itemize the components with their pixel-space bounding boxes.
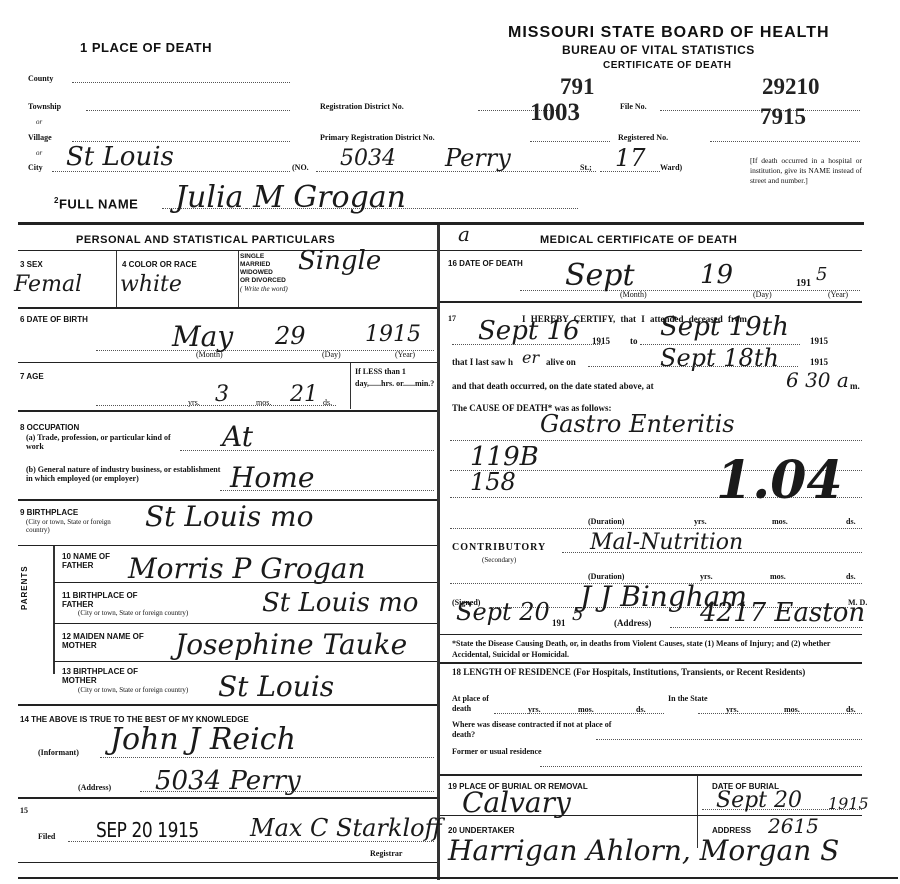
- at-place-mos: mos.: [578, 705, 594, 714]
- mother-maiden-value: Josephine Tauke: [175, 628, 407, 661]
- burial-year-value: 1915: [828, 794, 869, 813]
- dod-year-caption: (Year): [828, 290, 848, 299]
- birthplace-sub: (City or town, State or foreign country): [26, 518, 116, 534]
- color-race-value: white: [120, 272, 182, 297]
- dob-month-value: May: [172, 320, 233, 353]
- dob-day-value: 29: [275, 322, 306, 350]
- file-no-label: File No.: [620, 102, 647, 111]
- row-divider: [18, 862, 437, 863]
- cause-of-death-value: Gastro Enteritis: [540, 410, 735, 438]
- disease-contracted-label: Where was disease contracted if not at p…: [452, 720, 612, 740]
- age-label: 7 AGE: [20, 372, 44, 381]
- father-birthplace-label: 11 BIRTHPLACE OF FATHER: [62, 591, 162, 609]
- date-of-death-label: 16 DATE OF DEATH: [448, 259, 523, 268]
- occupation-b-value: Home: [230, 461, 314, 494]
- cause-line-1[interactable]: [450, 440, 862, 441]
- full-name-label-text: FULL NAME: [59, 196, 138, 211]
- dod-month-value: Sept: [565, 258, 635, 293]
- in-state-mos: mos.: [784, 705, 800, 714]
- dob-year-value: 1915: [365, 322, 421, 347]
- month-caption: (Month): [196, 350, 223, 359]
- cell-divider: [238, 251, 239, 307]
- last-saw-year: 1915: [810, 357, 828, 367]
- dod-year-suffix: 5: [816, 264, 827, 285]
- informant-label: (Informant): [38, 748, 79, 757]
- attended-from-value: Sept 16: [478, 316, 580, 346]
- mos-caption: mos.: [256, 398, 271, 407]
- contributory-label: CONTRIBUTORY: [452, 542, 546, 553]
- cause-footnote: *State the Disease Causing Death, or, in…: [452, 638, 862, 660]
- personal-section-heading: PERSONAL AND STATISTICAL PARTICULARS: [76, 234, 335, 246]
- year-caption: (Year): [395, 350, 415, 359]
- mother-maiden-label: 12 MAIDEN NAME OF MOTHER: [62, 632, 162, 650]
- corner-mark: a: [458, 222, 470, 246]
- duration-mos-2: mos.: [770, 572, 786, 581]
- in-state-field[interactable]: [698, 713, 862, 714]
- less-than-day-label: If LESS than 1 day,......hrs. or......mi…: [355, 366, 435, 390]
- informant-field[interactable]: [100, 757, 434, 758]
- physician-address-label: (Address): [614, 618, 651, 628]
- stamp-number-left: 791: [560, 74, 595, 100]
- registrar-label: Registrar: [370, 849, 402, 858]
- dod-year-prefix: 191: [796, 278, 811, 289]
- informant-address-label: (Address): [78, 783, 111, 792]
- or-text: or: [36, 149, 42, 157]
- township-label: Township: [28, 102, 61, 111]
- or-text: or: [36, 118, 42, 126]
- primary-registration-field[interactable]: [530, 141, 610, 142]
- informant-address-value: 5034 Perry: [155, 766, 301, 796]
- father-name-value: Morris P Grogan: [128, 552, 366, 585]
- parents-divider: [53, 546, 55, 674]
- sex-value: Femal: [14, 272, 82, 297]
- in-state-ds: ds.: [846, 705, 856, 714]
- undertaker-value: Harrigan Ahlorn, Morgan S: [448, 834, 839, 867]
- color-race-label: 4 COLOR OR RACE: [122, 260, 197, 269]
- row-divider: [18, 362, 437, 363]
- file-no-value: 7915: [760, 104, 806, 130]
- county-field[interactable]: [72, 82, 290, 83]
- row-divider: [440, 634, 862, 635]
- occurred-text: and that death occurred, on the date sta…: [452, 381, 654, 391]
- primary-registration-label: Primary Registration District No.: [320, 133, 435, 142]
- dod-day-value: 19: [700, 260, 733, 290]
- contributory-value: Mal-Nutrition: [590, 530, 743, 555]
- age-days-value: 21: [290, 382, 318, 407]
- cause-code-stamp: 1.04: [716, 450, 843, 511]
- signed-year-prefix: 191: [552, 618, 566, 628]
- row-divider: [54, 623, 437, 624]
- street-name-value: Perry: [445, 144, 511, 172]
- marital-note: ( Write the word): [240, 285, 340, 293]
- row-divider: [440, 774, 862, 776]
- registration-district-label: Registration District No.: [320, 102, 404, 111]
- date-of-birth-field[interactable]: [96, 350, 434, 351]
- city-label: City: [28, 163, 43, 172]
- in-state-label: In the State: [668, 694, 712, 704]
- street-number-value: 5034: [340, 146, 396, 171]
- row-divider: [440, 250, 862, 251]
- day-caption: (Day): [322, 350, 341, 359]
- row-divider: [18, 545, 437, 546]
- row-divider: [18, 704, 437, 706]
- former-residence-field[interactable]: [540, 766, 862, 767]
- duration-ds: ds.: [846, 517, 856, 526]
- birthplace-value: St Louis mo: [145, 500, 313, 533]
- from-year: 1915: [592, 336, 610, 346]
- dod-day-caption: (Day): [753, 290, 772, 299]
- signed-date-value: Sept 20: [456, 598, 550, 626]
- duration-yrs: yrs.: [694, 517, 707, 526]
- father-birthplace-value: St Louis mo: [262, 588, 418, 618]
- county-label: County: [28, 74, 53, 83]
- physician-address-value: 4217 Easton: [700, 598, 865, 628]
- registrar-signature: Max C Starkloff: [250, 814, 442, 842]
- signed-year-suffix: 5: [572, 604, 583, 625]
- at-place-yrs: yrs.: [528, 705, 541, 714]
- cell-divider: [350, 363, 351, 409]
- occupation-b-label: (b) General nature of industry business,…: [26, 465, 221, 483]
- alive-on-text: alive on: [546, 357, 576, 367]
- bottom-border: [18, 877, 898, 879]
- place-of-death-heading: 1 PLACE OF DEATH: [80, 40, 212, 55]
- occurred-suffix: m.: [850, 381, 860, 391]
- sex-label: 3 SEX: [20, 260, 43, 269]
- dod-month-caption: (Month): [620, 290, 647, 299]
- duration-line[interactable]: [450, 528, 862, 529]
- cause-code-2: 158: [470, 468, 516, 496]
- row-divider: [18, 410, 437, 412]
- header-divider: [18, 222, 864, 225]
- row-divider: [18, 307, 437, 309]
- full-name-value: Julia M Grogan: [175, 180, 406, 215]
- former-residence-label: Former or usual residence: [452, 747, 542, 757]
- residence-label: 18 LENGTH OF RESIDENCE (For Hospitals, I…: [452, 667, 862, 678]
- ds-caption: ds.: [323, 398, 332, 407]
- certify-number: 17: [448, 314, 456, 323]
- occupation-a-value: At: [222, 420, 253, 453]
- date-of-birth-label: 6 DATE OF BIRTH: [20, 315, 88, 324]
- street-suffix-label: St.;: [580, 163, 592, 172]
- parents-label: PARENTS: [20, 565, 29, 610]
- village-label: Village: [28, 133, 52, 142]
- occupation-a-label: (a) Trade, profession, or particular kin…: [26, 433, 186, 451]
- row-divider: [54, 661, 437, 662]
- stamp-number-right: 29210: [762, 74, 820, 100]
- column-divider: [437, 225, 440, 880]
- registered-no-label: Registered No.: [618, 133, 668, 142]
- certificate-title: CERTIFICATE OF DEATH: [603, 60, 732, 71]
- row-divider: [440, 301, 862, 303]
- duration-mos: mos.: [772, 517, 788, 526]
- row-divider: [54, 582, 437, 583]
- hospital-note: [If death occurred in a hospital or inst…: [750, 156, 862, 186]
- ward-value: 17: [615, 144, 646, 172]
- street-no-label: (NO.: [292, 163, 309, 172]
- burial-date-value: Sept 20: [716, 788, 802, 813]
- at-place-ds: ds.: [636, 705, 646, 714]
- registration-district-value: 1003: [530, 99, 580, 127]
- mother-birthplace-sub: (City or town, State or foreign country): [78, 686, 188, 694]
- filed-date-stamp: SEP 20 1915: [96, 818, 199, 842]
- last-saw-gender: er: [522, 348, 539, 367]
- mother-birthplace-label: 13 BIRTHPLACE OF MOTHER: [62, 667, 162, 685]
- registered-no-field[interactable]: [710, 141, 860, 142]
- township-field[interactable]: [86, 110, 290, 111]
- full-name-label: 2FULL NAME: [54, 196, 138, 211]
- occurred-time-value: 6 30 a: [786, 368, 849, 392]
- mother-birthplace-value: St Louis: [218, 670, 334, 703]
- filed-label: Filed: [38, 832, 55, 841]
- at-place-of-death-label: At place of death: [452, 694, 500, 714]
- ward-label: Ward): [660, 163, 682, 172]
- board-title: MISSOURI STATE BOARD OF HEALTH: [508, 24, 830, 42]
- row-divider: [18, 797, 437, 799]
- medical-section-heading: MEDICAL CERTIFICATE OF DEATH: [540, 234, 737, 246]
- father-birthplace-sub: (City or town, State or foreign country): [78, 609, 188, 617]
- contributory-sub: (Secondary): [482, 556, 516, 564]
- informant-value: John J Reich: [110, 722, 296, 757]
- age-months-value: 3: [215, 382, 229, 407]
- birthplace-label: 9 BIRTHPLACE: [20, 508, 78, 517]
- marital-status-value: Single: [298, 246, 381, 276]
- filed-number: 15: [20, 806, 28, 815]
- occupation-label: 8 OCCUPATION: [20, 423, 79, 432]
- in-state-yrs: yrs.: [726, 705, 739, 714]
- cell-divider: [116, 251, 117, 307]
- city-value: St Louis: [66, 142, 174, 172]
- bureau-title: BUREAU OF VITAL STATISTICS: [562, 43, 755, 57]
- occupation-a-field[interactable]: [180, 450, 434, 451]
- duration-label: (Duration): [588, 517, 624, 526]
- row-divider: [440, 662, 862, 664]
- to-year: 1915: [810, 336, 828, 346]
- last-saw-text: that I last saw h: [452, 357, 513, 367]
- disease-contracted-field[interactable]: [596, 739, 862, 740]
- duration-ds-2: ds.: [846, 572, 856, 581]
- last-saw-date-value: Sept 18th: [660, 344, 779, 372]
- to-label: to: [630, 336, 638, 346]
- attended-to-value: Sept 19th: [660, 312, 789, 342]
- yrs-caption: yrs.: [188, 398, 200, 407]
